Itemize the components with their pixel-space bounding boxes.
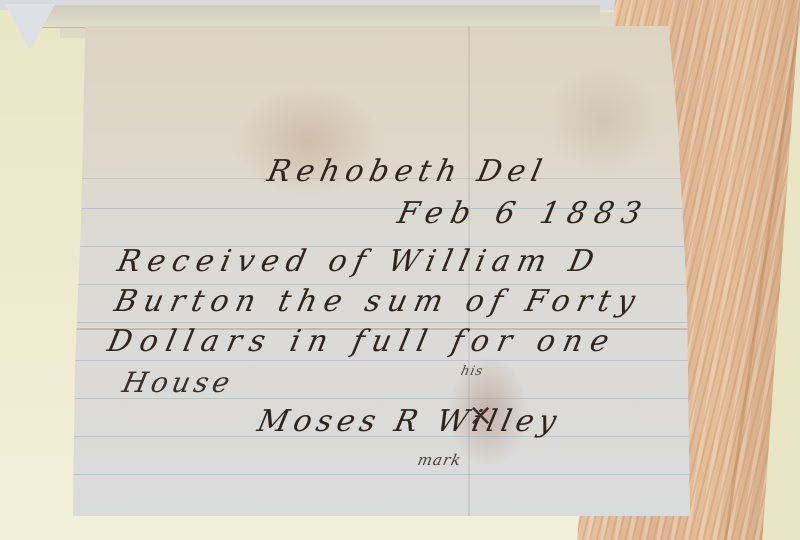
paper-stain <box>543 66 663 176</box>
photo-scene: Rehobeth Del Feb 6 1883 Received of Will… <box>0 0 800 540</box>
receipt-body-line: Received of William D <box>114 244 604 279</box>
receipt-place: Rehobeth Del <box>264 154 550 189</box>
envelope-flap <box>5 4 55 50</box>
signature: Moses R Willey <box>254 404 564 439</box>
background-paper-stack <box>40 5 600 28</box>
signature-mark-x: × <box>468 398 493 433</box>
his-label: his <box>459 364 484 379</box>
receipt-date: Feb 6 1883 <box>394 196 652 231</box>
receipt-body-line: Dollars in full for one <box>104 324 620 359</box>
receipt-body-line: House <box>119 366 236 399</box>
mark-label: mark <box>416 451 463 469</box>
handwritten-receipt: Rehobeth Del Feb 6 1883 Received of Will… <box>73 26 690 516</box>
receipt-body-line: Burton the sum of Forty <box>111 284 645 319</box>
